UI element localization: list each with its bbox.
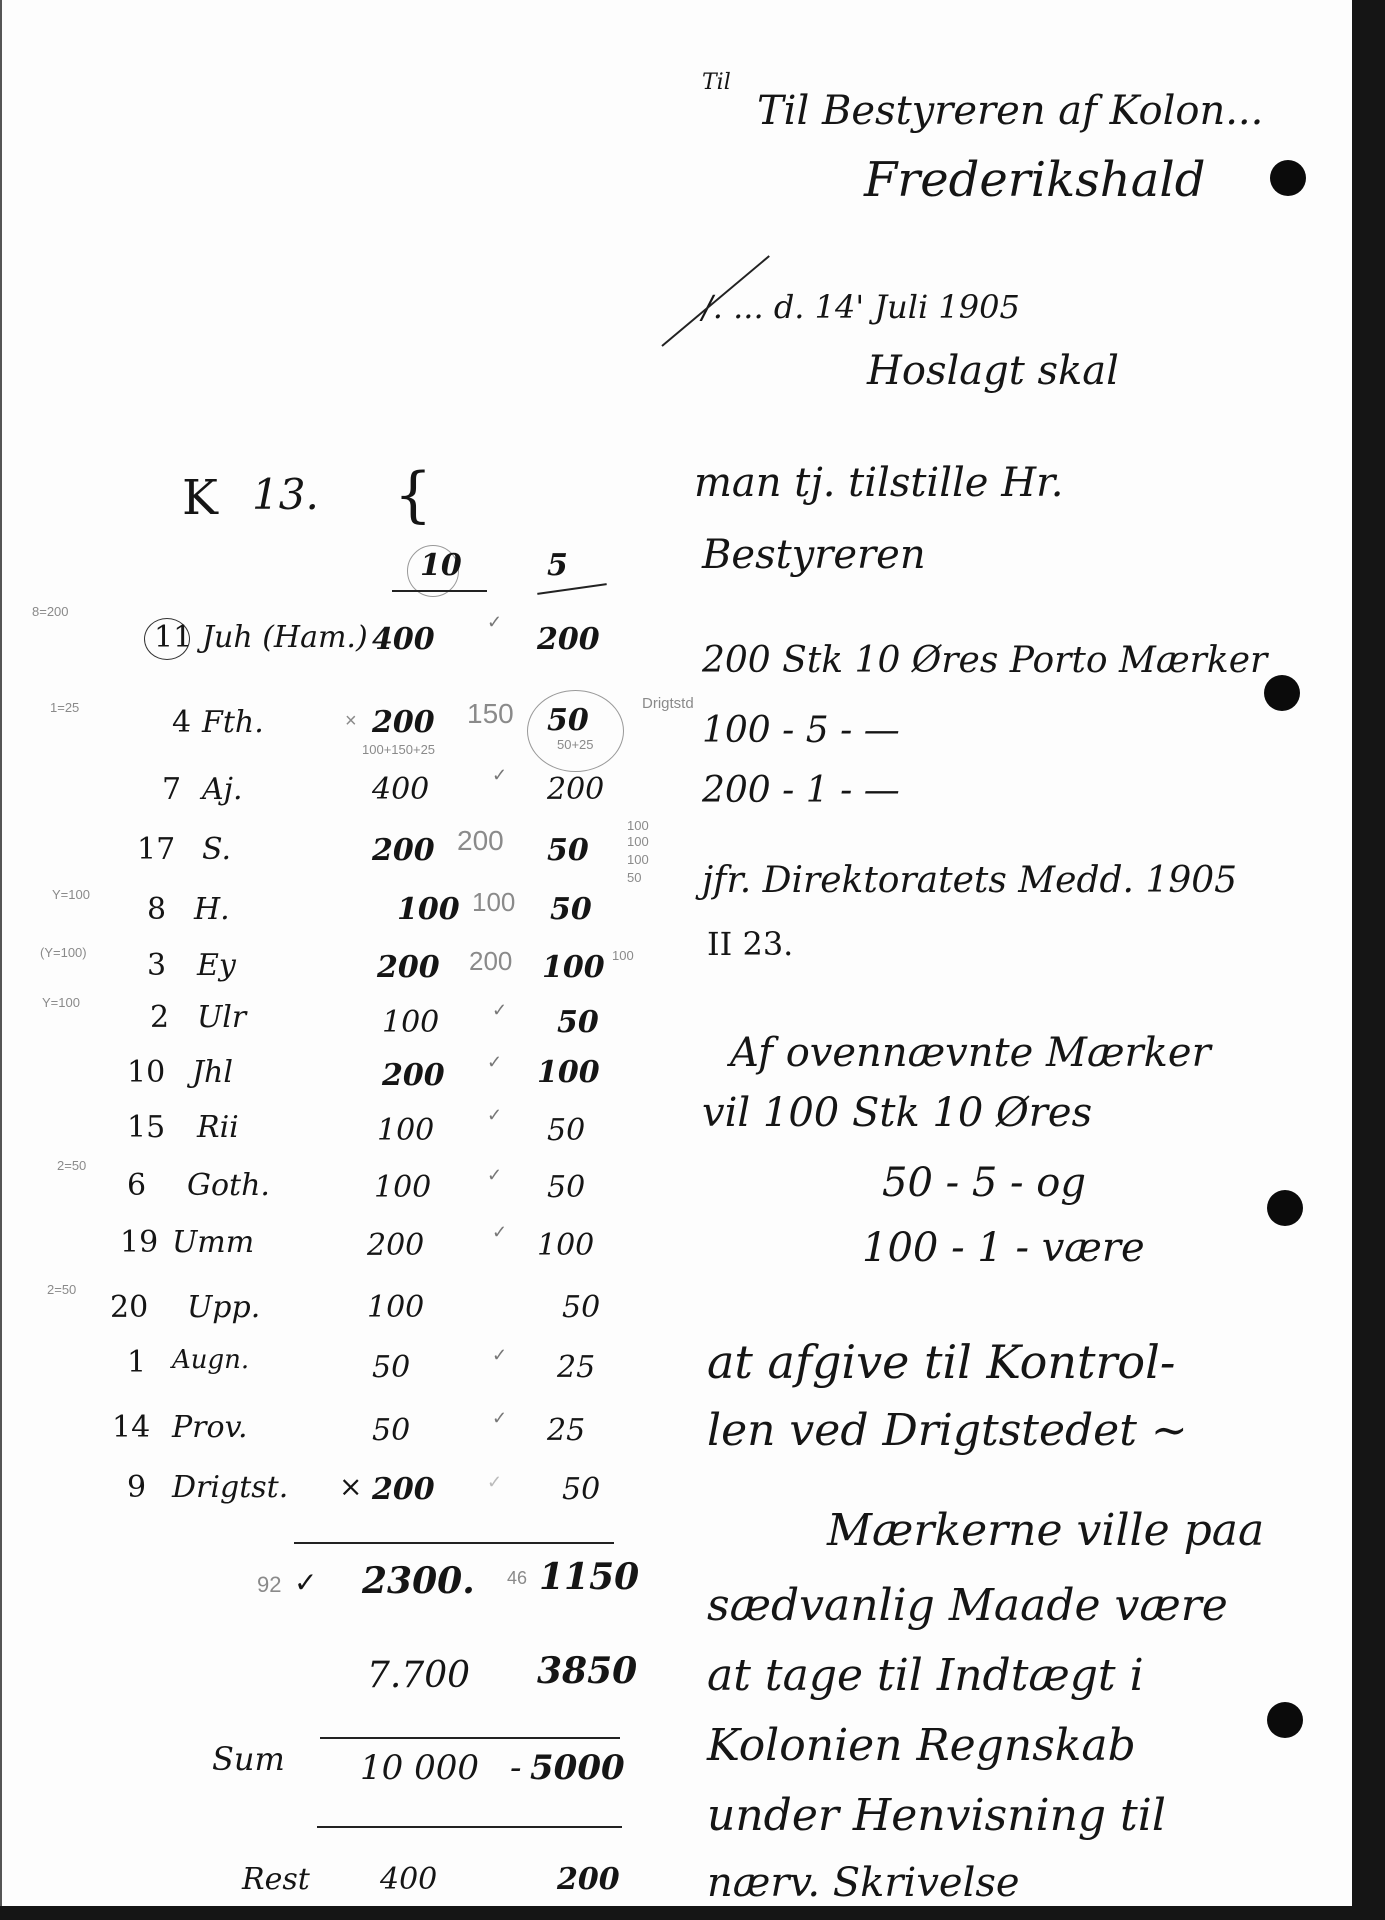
check-mark: ✓: [492, 1000, 507, 1021]
addressee-line-1: Til Bestyreren af Kolon...: [757, 88, 1263, 134]
row-name: S.: [202, 832, 231, 867]
total-c10: 10 000: [360, 1748, 479, 1788]
row-number: 14: [112, 1410, 150, 1445]
row-pencil-side: 100: [627, 834, 649, 849]
row-note-left: 2=50: [57, 1158, 86, 1173]
reference-section: II 23.: [707, 925, 793, 963]
row-mark: ×: [339, 1470, 362, 1503]
row-c10-pencil: 150: [467, 698, 514, 730]
last-row-c5: 200: [557, 1862, 620, 1897]
row-name: Augn.: [172, 1345, 249, 1375]
check-mark: ✓: [487, 1472, 502, 1493]
addressee-prefix: Til: [702, 70, 731, 95]
row-c10: 200: [372, 833, 435, 868]
row-number: 7: [162, 772, 181, 807]
scanner-edge-right: [1352, 0, 1385, 1920]
row-note-left: 2=50: [47, 1282, 76, 1297]
row-pencil-c5: 50+25: [557, 737, 594, 752]
letter-line: at afgive til Kontrol-: [707, 1335, 1175, 1389]
letter-line: len ved Drigtstedet ~: [707, 1405, 1188, 1456]
total-label: Sum: [212, 1740, 285, 1778]
row-c10: 400: [372, 772, 429, 807]
row-c10: 100: [377, 1113, 434, 1148]
row-note-left: 1=25: [50, 700, 79, 715]
punch-hole: [1267, 1190, 1303, 1226]
row-number: 15: [127, 1110, 165, 1145]
subtotal-c5: 1150: [539, 1556, 639, 1598]
deliver-line: 50 - 5 - og: [882, 1160, 1086, 1206]
row-c10: 200: [372, 705, 435, 740]
row-side-note: Drigtstd: [642, 695, 694, 712]
row-c10: 100: [382, 1005, 439, 1040]
punch-hole: [1270, 160, 1306, 196]
scanned-page: Til Til Bestyreren af Kolon... Frederiks…: [0, 0, 1352, 1906]
row-note-left: Y=100: [42, 995, 80, 1010]
stamp-order-line: 100 - 5 - —: [702, 710, 900, 751]
deliver-line: vil 100 Stk 10 Øres: [702, 1090, 1092, 1136]
row-name: Umm: [172, 1225, 254, 1260]
row-c5: 25: [547, 1413, 585, 1448]
row-c5: 100: [542, 950, 605, 985]
row-name: Rii: [197, 1110, 239, 1145]
row-c10: 400: [372, 622, 435, 657]
row-number: 17: [137, 832, 175, 867]
letter-line: man tj. tilstille Hr.: [694, 460, 1064, 506]
letter-line: Hoslagt skal: [867, 348, 1119, 394]
letter-line: under Henvisning til: [707, 1790, 1166, 1841]
carried-c5: 3850: [537, 1650, 637, 1692]
letter-line: Kolonien Regnskab: [707, 1720, 1136, 1771]
subtotal-c10: 2300.: [362, 1560, 475, 1602]
row-name: Aj.: [202, 772, 243, 807]
row-c5: 50: [562, 1472, 600, 1507]
row-c5: 200: [537, 622, 600, 657]
ledger-brace: {: [394, 460, 432, 530]
subtotal-pencil-mid: 46: [507, 1568, 527, 1589]
subtotal-pencil-left: 92: [257, 1572, 281, 1598]
row-c5: 50: [550, 892, 592, 927]
row-name: Goth.: [187, 1168, 270, 1203]
row-name: Ey: [197, 948, 236, 983]
addressee-line-2: Frederikshald: [864, 152, 1205, 208]
row-c10: 50: [372, 1350, 410, 1385]
row-c5: 200: [547, 772, 604, 807]
total-sep: -: [510, 1748, 522, 1788]
row-c5: 50: [547, 1170, 585, 1205]
row-number: 6: [127, 1168, 146, 1203]
row-number: 2: [150, 1000, 169, 1035]
check-mark: ✓: [492, 1345, 507, 1366]
last-row-name: Rest: [242, 1862, 310, 1897]
row-number: 9: [127, 1470, 146, 1505]
row-pencil-sub: 100+150+25: [362, 742, 435, 757]
letter-line: sædvanlig Maade være: [707, 1580, 1228, 1631]
check-mark: ✓: [487, 1105, 502, 1126]
row-pencil-side: 50: [627, 870, 641, 885]
row-note-left: (Y=100): [40, 945, 87, 960]
row-number: 3: [147, 948, 166, 983]
row-mark: ×: [345, 710, 357, 733]
row-c5: 50: [547, 1113, 585, 1148]
row-number: 8: [147, 892, 166, 927]
check-mark: ✓: [492, 765, 507, 786]
row-c5: 50: [562, 1290, 600, 1325]
row-name: Jhl: [192, 1055, 233, 1090]
letter-line: Af ovennævnte Mærker: [730, 1030, 1211, 1076]
row-c10: 100: [397, 892, 460, 927]
stamp-order-line: 200 Stk 10 Øres Porto Mærker: [702, 640, 1267, 681]
deliver-line: 100 - 1 - være: [862, 1225, 1145, 1271]
ledger-title-mark: K: [182, 470, 218, 526]
total-rule-bottom: [317, 1826, 622, 1828]
punch-hole: [1267, 1702, 1303, 1738]
subtotal-check: ✓: [294, 1566, 317, 1599]
punch-hole: [1264, 675, 1300, 711]
ledger-title-number: 13.: [252, 470, 319, 519]
row-c10: 100: [367, 1290, 424, 1325]
row-name: Fth.: [202, 705, 264, 740]
row-c5: 100: [537, 1228, 594, 1263]
total-rule-top: [320, 1737, 620, 1739]
row-name: Upp.: [187, 1290, 260, 1325]
row-name: Juh (Ham.): [202, 620, 368, 655]
scanner-edge-bottom: [0, 1906, 1385, 1920]
row-c10: 200: [377, 950, 440, 985]
row-number: 20: [110, 1290, 148, 1325]
row-c5: 100: [537, 1055, 600, 1090]
subtotal-rule: [294, 1542, 614, 1544]
row-number: 19: [120, 1225, 158, 1260]
row-number: 11: [154, 620, 192, 655]
row-c10-pencil: 100: [472, 887, 515, 918]
row-c5: 50: [547, 703, 589, 738]
row-c5: 50: [547, 833, 589, 868]
row-name: Drigtst.: [172, 1470, 288, 1505]
letter-line: at tage til Indtægt i: [707, 1650, 1144, 1701]
row-c10: 200: [367, 1228, 424, 1263]
date-line: /. ... d. 14' Juli 1905: [702, 288, 1020, 326]
letter-line: Bestyreren: [702, 532, 926, 578]
row-number: 4: [172, 705, 191, 740]
row-note-left: Y=100: [52, 887, 90, 902]
carried-c10: 7.700: [367, 1655, 470, 1696]
reference-line: jfr. Direktoratets Medd. 1905: [702, 860, 1237, 901]
row-c5: 50: [557, 1005, 599, 1040]
row-c10-pencil: 200: [457, 825, 504, 857]
row-note-left: 8=200: [32, 604, 69, 619]
check-mark: ✓: [487, 1165, 502, 1186]
total-c5: 5000: [530, 1748, 625, 1788]
check-mark: ✓: [487, 1052, 502, 1073]
row-c10: 200: [382, 1058, 445, 1093]
row-pencil-side: 100: [612, 948, 634, 963]
column-header-underline: [537, 583, 607, 595]
row-pencil-side: 100: [627, 852, 649, 867]
check-mark: ✓: [492, 1222, 507, 1243]
column-header-5: 5: [547, 548, 568, 583]
row-c5: 25: [557, 1350, 595, 1385]
column-header-10: 10: [420, 548, 462, 583]
row-c10: 100: [374, 1170, 431, 1205]
letter-line: nærv. Skrivelse: [707, 1860, 1020, 1906]
row-name: Prov.: [172, 1410, 248, 1445]
letter-line: Mærkerne ville paa: [827, 1505, 1264, 1556]
row-number: 10: [127, 1055, 165, 1090]
row-c10: 50: [372, 1413, 410, 1448]
column-header-underline: [392, 590, 487, 592]
last-row-c10: 400: [380, 1862, 437, 1897]
row-c10: 200: [372, 1472, 435, 1507]
row-number: 1: [127, 1345, 146, 1380]
check-mark: ✓: [487, 612, 502, 633]
check-mark: ✓: [492, 1408, 507, 1429]
row-name: H.: [194, 892, 230, 927]
stamp-order-line: 200 - 1 - —: [702, 770, 900, 811]
row-pencil-side: 100: [627, 818, 649, 833]
row-c10-pencil: 200: [469, 946, 512, 977]
row-name: Ulr: [197, 1000, 246, 1035]
